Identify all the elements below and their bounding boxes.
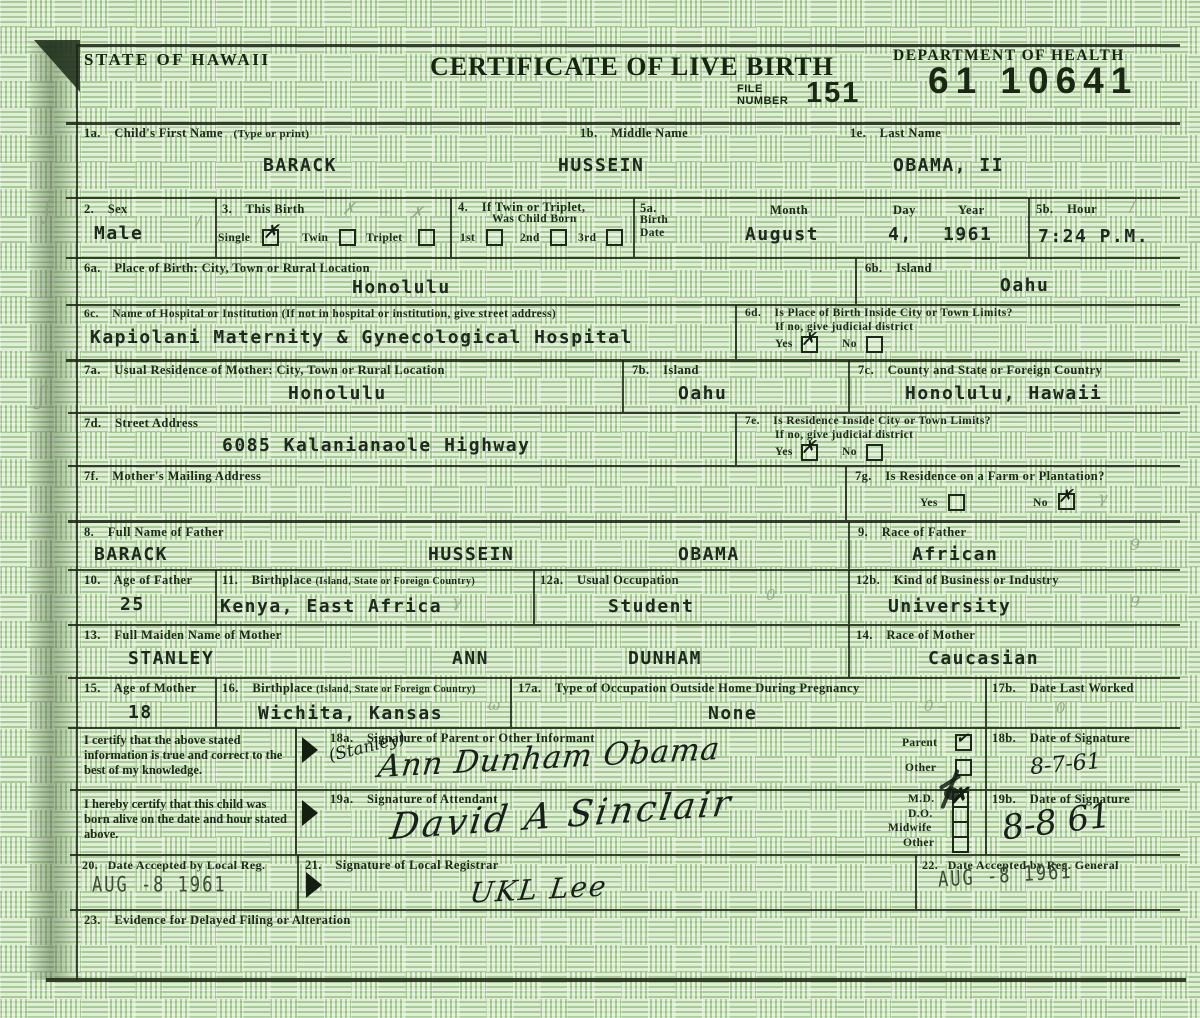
- field-label: Age of Father: [114, 573, 193, 587]
- field-7a-label: 7a. Usual Residence of Mother: City, Tow…: [84, 363, 445, 378]
- rule: [68, 727, 1180, 729]
- pen-mark: 0: [766, 586, 776, 604]
- file-label: FILE NUMBER: [737, 83, 788, 107]
- hospital-name: Kapiolani Maternity & Gynecological Hosp…: [90, 327, 633, 348]
- rule: [68, 677, 1180, 679]
- checkbox-single-mark: ✗: [263, 221, 279, 243]
- field-label: Race of Father: [882, 525, 967, 539]
- other-checkbox-label: Other: [905, 762, 936, 774]
- checkbox-2nd: [550, 229, 567, 246]
- divider: [633, 198, 635, 257]
- field-4-label2: Was Child Born: [492, 213, 577, 225]
- field-label: Evidence for Delayed Filing or Alteratio…: [114, 913, 350, 927]
- rule: [70, 909, 1180, 911]
- field-label: Island: [896, 261, 932, 275]
- field-num: 7b.: [632, 363, 650, 377]
- birth-month: August: [745, 224, 819, 245]
- field-num: 6c.: [84, 308, 99, 320]
- field-note: (Type or print): [234, 128, 310, 140]
- md-checkbox-label: M.D.: [908, 793, 935, 805]
- option-2nd-label: 2nd: [520, 232, 540, 244]
- field-7g-label: 7g. Is Residence on a Farm or Plantation…: [855, 469, 1105, 484]
- field-note: (Island, State or Foreign Country): [316, 684, 476, 695]
- field-label: County and State or Foreign Country: [888, 363, 1103, 377]
- field-7e-label: 7e. Is Residence Inside City or Town Lim…: [745, 415, 991, 427]
- field-label: Mother's Mailing Address: [112, 469, 261, 483]
- field-num: 7c.: [858, 363, 874, 377]
- field-label: Is Place of Birth Inside City or Town Li…: [775, 307, 1013, 319]
- rule: [68, 465, 1180, 467]
- field-num: 4.: [458, 200, 468, 214]
- field-num: 6a.: [84, 261, 101, 275]
- father-age: 25: [120, 594, 145, 615]
- field-label: Island: [663, 363, 699, 377]
- rule: [66, 122, 1180, 125]
- field-1b-label: 1b. Middle Name: [580, 126, 688, 141]
- divider: [845, 466, 847, 520]
- field-num: 6b.: [865, 261, 883, 275]
- file-label-line1: FILE: [737, 83, 788, 95]
- yes-7e-label: Yes: [775, 446, 793, 458]
- form-bottom-border: [46, 978, 1186, 982]
- divider: [295, 728, 297, 789]
- father-industry: University: [888, 596, 1011, 617]
- pen-mark: ∕: [1130, 196, 1136, 216]
- yes-7g-label: Yes: [920, 497, 938, 509]
- no-7e-label: No: [842, 446, 857, 458]
- field-12a-label: 12a. Usual Occupation: [540, 573, 679, 588]
- field-label: Signature of Local Registrar: [335, 858, 498, 872]
- page-curl-corner: [34, 40, 80, 92]
- divider: [848, 570, 850, 624]
- rule: [68, 412, 1180, 414]
- field-label: Usual Occupation: [577, 573, 679, 587]
- field-num: 7g.: [855, 469, 872, 483]
- option-twin-label: Twin: [302, 232, 328, 244]
- divider: [735, 305, 737, 359]
- year-col-label: Year: [958, 203, 985, 218]
- field-9-label: 9. Race of Father: [858, 525, 966, 540]
- sex-value: Male: [94, 223, 143, 244]
- field-label: Age of Mother: [114, 681, 197, 695]
- field-num: 7f.: [84, 469, 99, 483]
- field-label: Child's First Name: [114, 126, 223, 140]
- father-occupation: Student: [608, 596, 694, 617]
- field-label: Date Last Worked: [1030, 681, 1134, 695]
- field-num: 12b.: [856, 573, 880, 587]
- checkbox-6d-no: [866, 336, 883, 353]
- divider: [848, 625, 850, 677]
- option-3rd-label: 3rd: [578, 232, 596, 244]
- father-first-name: BARACK: [94, 544, 168, 565]
- option-triplet-label: Triplet: [366, 232, 402, 244]
- field-label: Street Address: [115, 416, 198, 430]
- birth-hour: 7:24 P.M.: [1038, 226, 1149, 247]
- field-7c-label: 7c. County and State or Foreign Country: [858, 363, 1102, 378]
- file-label-line2: NUMBER: [737, 95, 788, 107]
- margin-pen-mark: ∫: [40, 196, 54, 226]
- mother-age: 18: [128, 702, 153, 723]
- mother-first-name: STANLEY: [128, 648, 214, 669]
- field-label: Hour: [1067, 202, 1097, 216]
- rule: [68, 520, 1180, 523]
- midwife-checkbox-label: Midwife: [888, 822, 932, 834]
- field-label: Place of Birth: City, Town or Rural Loca…: [114, 261, 370, 275]
- field-7e-note: If no, give judicial district: [775, 429, 913, 441]
- field-num: 7e.: [745, 415, 760, 427]
- field-3-label: 3. This Birth: [222, 202, 305, 217]
- field-16-label: 16. Birthplace (Island, State or Foreign…: [222, 681, 476, 696]
- mother-residence-city: Honolulu: [288, 383, 387, 404]
- pen-mark: γ: [452, 592, 462, 611]
- field-num: 15.: [84, 681, 101, 695]
- divider: [297, 855, 299, 909]
- field-6d-label: 6d. Is Place of Birth Inside City or Tow…: [745, 307, 1013, 319]
- field-17b-label: 17b. Date Last Worked: [992, 681, 1134, 696]
- margin-pen-mark: ʃ: [38, 382, 45, 410]
- field-num: 18b.: [992, 731, 1016, 745]
- field-17a-label: 17a. Type of Occupation Outside Home Dur…: [518, 681, 860, 696]
- rule: [70, 854, 1180, 856]
- divider: [848, 522, 850, 569]
- birth-certificate-scan: STATE OF HAWAII CERTIFICATE OF LIVE BIRT…: [0, 0, 1200, 1018]
- field-num: 7d.: [84, 416, 102, 430]
- checkbox-other-19a: [952, 836, 969, 853]
- street-address: 6085 Kalanianaole Highway: [222, 435, 530, 456]
- ink-blot: [944, 787, 959, 800]
- field-5b-label: 5b. Hour: [1036, 202, 1097, 217]
- field-12b-label: 12b. Kind of Business or Industry: [856, 573, 1059, 588]
- field-num: 13.: [84, 628, 101, 642]
- pen-mark: 0 ‒: [924, 697, 948, 715]
- divider: [295, 790, 297, 854]
- field-label: This Birth: [246, 202, 305, 216]
- field-label: If Twin or Triplet,: [482, 200, 586, 214]
- divider: [622, 360, 624, 412]
- field-1e-label: 1e. Last Name: [850, 126, 941, 141]
- rule: [66, 197, 1180, 199]
- checkbox-triplet: [418, 229, 435, 246]
- divider: [215, 570, 217, 624]
- day-col-label: Day: [893, 203, 916, 218]
- field-num: 16.: [222, 681, 239, 695]
- county-state: Honolulu, Hawaii: [905, 383, 1102, 404]
- field-num: 23.: [84, 913, 101, 927]
- field-label: Race of Mother: [886, 628, 975, 642]
- option-single-label: Single: [218, 232, 250, 244]
- field-num: 21.: [305, 858, 322, 872]
- rule: [68, 624, 1180, 626]
- field-11-label: 11. Birthplace (Island, State or Foreign…: [222, 573, 475, 588]
- pen-mark: ✗: [410, 203, 423, 222]
- field-label: Birthplace: [252, 573, 312, 587]
- checkbox-parent-mark: ✔: [956, 729, 969, 747]
- field-7d-label: 7d. Street Address: [84, 416, 198, 431]
- form-left-border: [76, 44, 78, 980]
- field-13-label: 13. Full Maiden Name of Mother: [84, 628, 282, 643]
- divider: [215, 678, 217, 727]
- pen-mark: 9: [1130, 535, 1140, 554]
- pen-mark: 9: [1130, 592, 1140, 611]
- checkbox-6d-yes-mark: ✗: [801, 329, 816, 350]
- field-num: 10.: [84, 573, 101, 587]
- file-number: 151: [806, 77, 860, 110]
- island-7b: Oahu: [678, 383, 727, 404]
- divider: [215, 198, 217, 257]
- child-last-name: OBAMA, II: [893, 155, 1004, 176]
- checkbox-7e-no: [866, 444, 883, 461]
- father-birthplace: Kenya, East Africa: [220, 596, 442, 617]
- mother-occupation: None: [708, 703, 757, 724]
- page-curl-shadow: [30, 42, 76, 980]
- field-label: Last Name: [880, 126, 942, 140]
- field-num: 3.: [222, 202, 232, 216]
- field-num: 20.: [82, 858, 98, 872]
- divider: [985, 790, 987, 854]
- divider: [735, 413, 737, 465]
- field-num: 11.: [222, 573, 238, 587]
- field-label: Date of Signature: [1030, 731, 1130, 745]
- no-7g-label: No: [1033, 497, 1048, 509]
- field-label: Middle Name: [611, 126, 688, 140]
- mother-maiden-name: DUNHAM: [628, 648, 702, 669]
- field-label: Kind of Business or Industry: [894, 573, 1059, 587]
- field-num: 6d.: [745, 307, 761, 319]
- field-num: 5b.: [1036, 202, 1054, 216]
- divider: [985, 728, 987, 789]
- field-6a-label: 6a. Place of Birth: City, Town or Rural …: [84, 261, 370, 276]
- option-1st-label: 1st: [460, 232, 475, 244]
- child-first-name: BARACK: [263, 155, 337, 176]
- checkbox-3rd: [606, 229, 623, 246]
- divider: [915, 855, 917, 909]
- field-label: Full Maiden Name of Mother: [114, 628, 281, 642]
- field-label: Name of Hospital or Institution (If not …: [112, 308, 556, 320]
- field-num: 1e.: [850, 126, 866, 140]
- rule: [68, 569, 1180, 571]
- birth-day: 4,: [888, 224, 913, 245]
- island-6b: Oahu: [1000, 275, 1049, 296]
- field-num: 22.: [922, 858, 938, 872]
- divider: [1028, 198, 1030, 257]
- mother-race: Caucasian: [928, 648, 1039, 669]
- pen-mark: ∕: [196, 212, 201, 230]
- divider: [533, 570, 535, 624]
- parent-checkbox-label: Parent: [902, 737, 937, 749]
- pen-mark: γ: [1098, 488, 1108, 507]
- field-num: 9.: [858, 525, 868, 539]
- field-14-label: 14. Race of Mother: [856, 628, 975, 643]
- field-num: 1b.: [580, 126, 598, 140]
- pen-mark: ω: [488, 696, 500, 714]
- field-label: Date Accepted by Local Reg.: [108, 858, 266, 872]
- field-5a-label1: Birth: [640, 214, 668, 226]
- field-label: Full Name of Father: [108, 525, 224, 539]
- field-15-label: 15. Age of Mother: [84, 681, 197, 696]
- checkbox-7g-no-mark: ✗: [1058, 486, 1073, 507]
- pen-mark: 0: [1056, 699, 1066, 717]
- father-race: African: [912, 544, 998, 565]
- divider: [510, 678, 512, 727]
- field-label: Is Residence on a Farm or Plantation?: [885, 469, 1104, 483]
- other-checkbox-label-19a: Other: [903, 837, 934, 849]
- field-6d-note: If no, give judicial district: [775, 321, 913, 333]
- divider: [985, 678, 987, 727]
- checkbox-twin: [339, 229, 356, 246]
- signature-arrow-18a: [302, 737, 318, 763]
- field-2-label: 2. Sex: [84, 202, 128, 217]
- field-1a-label: 1a. Child's First Name (Type or print): [84, 126, 309, 141]
- pen-mark: —: [376, 204, 390, 220]
- do-checkbox-label: D.O.: [908, 808, 933, 820]
- divider: [848, 360, 850, 412]
- checkbox-7g-yes: [948, 494, 965, 511]
- field-23-label: 23. Evidence for Delayed Filing or Alter…: [84, 913, 351, 928]
- mother-middle-name: ANN: [452, 648, 489, 669]
- month-col-label: Month: [770, 203, 808, 218]
- father-last-name: OBAMA: [678, 544, 740, 565]
- field-note: (Island, State or Foreign Country): [315, 576, 475, 587]
- field-5a-label2: Date: [640, 227, 665, 239]
- field-label: Is Residence Inside City or Town Limits?: [773, 415, 991, 427]
- field-20-label: 20. Date Accepted by Local Reg.: [82, 858, 265, 873]
- divider: [450, 198, 452, 257]
- signature-arrow-19a: [302, 800, 318, 826]
- yes-6d-label: Yes: [775, 338, 793, 350]
- signature-arrow-21: [306, 872, 322, 898]
- field-num: 14.: [856, 628, 873, 642]
- field-8-label: 8. Full Name of Father: [84, 525, 224, 540]
- field-num: 1a.: [84, 126, 101, 140]
- checkbox-1st: [486, 229, 503, 246]
- field-label: Type of Occupation Outside Home During P…: [555, 681, 860, 695]
- checkbox-7e-yes-mark: ✗: [801, 437, 816, 458]
- field-num: 17a.: [518, 681, 541, 695]
- certificate-title: CERTIFICATE OF LIVE BIRTH: [430, 52, 834, 82]
- field-10-label: 10. Age of Father: [84, 573, 192, 588]
- birth-year: 1961: [943, 224, 992, 245]
- mother-birthplace: Wichita, Kansas: [258, 703, 443, 724]
- field-num: 7a.: [84, 363, 101, 377]
- certification-statement-1: I certify that the above stated informat…: [84, 733, 292, 778]
- divider: [855, 258, 857, 304]
- field-label: Sex: [108, 202, 128, 216]
- field-6c-label: 6c. Name of Hospital or Institution (If …: [84, 308, 556, 320]
- field-6b-label: 6b. Island: [865, 261, 932, 276]
- field-num: 17b.: [992, 681, 1016, 695]
- father-middle-name: HUSSEIN: [428, 544, 514, 565]
- state-title: STATE OF HAWAII: [84, 50, 270, 70]
- field-num: 2.: [84, 202, 94, 216]
- no-6d-label: No: [842, 338, 857, 350]
- field-num: 19b.: [992, 792, 1016, 806]
- pen-mark: ✗: [342, 199, 355, 218]
- rule: [66, 304, 1180, 306]
- field-label: Birthplace: [252, 681, 312, 695]
- field-num: 8.: [84, 525, 94, 539]
- field-7f-label: 7f. Mother's Mailing Address: [84, 469, 261, 484]
- field-18b-label: 18b. Date of Signature: [992, 731, 1130, 746]
- field-label: Usual Residence of Mother: City, Town or…: [114, 363, 444, 377]
- certification-statement-2: I hereby certify that this child was bor…: [84, 797, 292, 842]
- child-middle-name: HUSSEIN: [558, 155, 644, 176]
- date-stamp-local-registrar: AUG -8 1961: [92, 873, 227, 898]
- rule: [66, 257, 1180, 259]
- field-7b-label: 7b. Island: [632, 363, 699, 378]
- field-num: 19a.: [330, 792, 353, 806]
- certificate-number: 61 10641: [928, 60, 1138, 102]
- place-of-birth: Honolulu: [352, 277, 451, 298]
- field-21-label: 21. Signature of Local Registrar: [305, 858, 499, 873]
- field-num: 12a.: [540, 573, 563, 587]
